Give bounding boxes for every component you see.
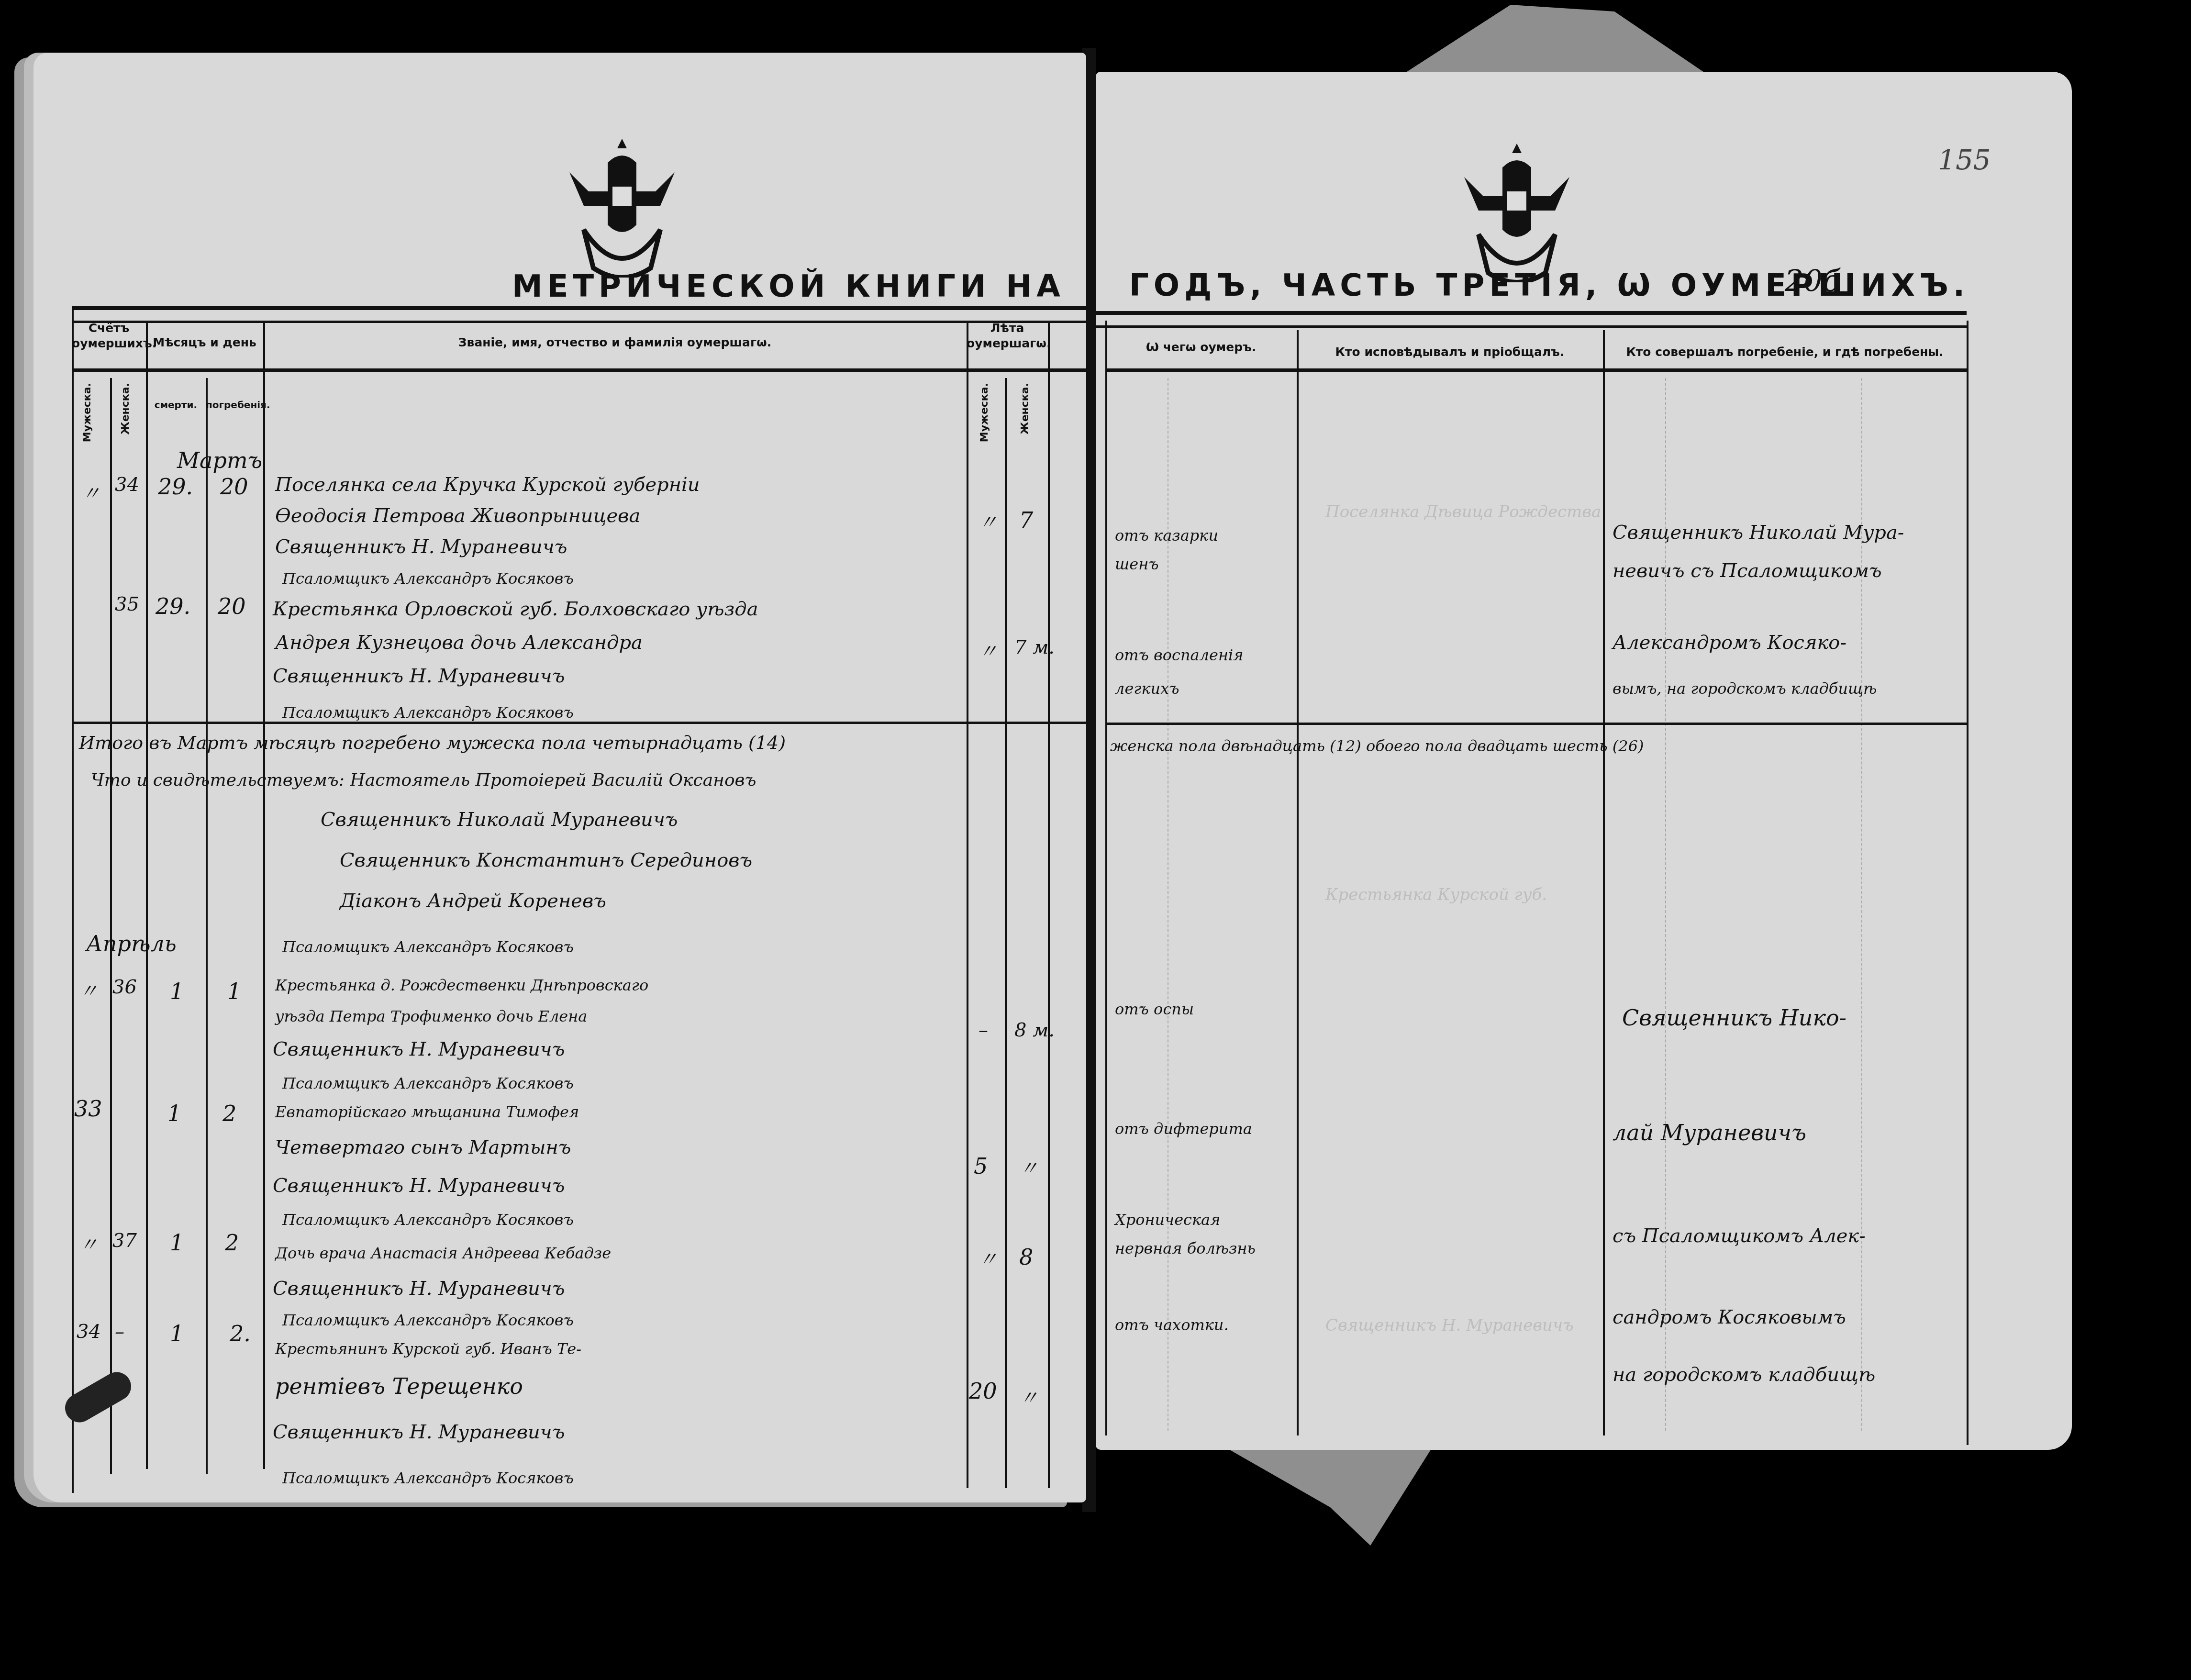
witness-intro: Что и свидѣтельствуемъ: Настоятель Прото… [91, 770, 756, 790]
col-divider [1603, 330, 1605, 1435]
header-bottom-rule [72, 368, 1096, 372]
right-page: 155 ГОДЪ, ЧАСТЬ ТРЕТІЯ, Ѡ ОУМЕРШИХЪ. 20б… [1096, 72, 2072, 1450]
age-male: 〃 [979, 507, 998, 534]
burial-place: на городскомъ кладбищѣ [1613, 1364, 1875, 1386]
signature-line: Священникъ Н. Мураневичъ [273, 1421, 565, 1443]
march-total: Итого въ Мартъ мѣсяцѣ погребено мужеска … [79, 732, 786, 753]
entry-name-line: Дочь врача Анастасія Андреева Кебадзе [275, 1244, 611, 1262]
entry-name-line: Крестьянинъ Курской губ. Иванъ Те- [275, 1340, 581, 1358]
month-march: Мартъ [177, 447, 262, 473]
cause-of-death: отъ дифтерита [1115, 1120, 1252, 1138]
signature-line: Священникъ Н. Мураневичъ [273, 665, 565, 687]
bleed-through-text: Крестьянка Курской губ. [1325, 885, 1547, 904]
table-border-right [1967, 321, 1969, 1445]
signature-line: Священникъ Н. Мураневичъ [275, 536, 567, 558]
burial-day: 2 [225, 1230, 239, 1256]
header-burial-by: Кто совершалъ погребеніе, и гдѣ погребен… [1603, 345, 1967, 360]
col-divider [1005, 378, 1007, 1488]
signature-line: Псаломщикъ Александръ Косяковъ [282, 1211, 574, 1229]
month-april: Апрѣль [86, 931, 177, 957]
bleed-through-text: Поселянка Дѣвица Рождества [1325, 502, 1601, 522]
entry-name-line: Четвертаго сынъ Мартынъ [275, 1136, 571, 1158]
header-burial: погребенія. [206, 397, 263, 412]
signature-line: Священникъ Н. Мураневичъ [273, 1038, 565, 1060]
burial-by: Священникъ Николай Мура- [1613, 522, 1904, 544]
imperial-eagle-emblem-icon [565, 134, 679, 278]
left-page: МЕТРИЧЕСКОЙ КНИГИ НА Счётъ оумершихъ. Мѣ… [33, 53, 1086, 1502]
cause-of-death: легкихъ [1115, 679, 1179, 698]
entry-name-line: Андрея Кузнецова дочь Александра [275, 632, 643, 654]
death-day: 29. [156, 593, 190, 619]
signature-priest: Священникъ Николай Мураневичъ [321, 809, 678, 831]
col-divider [1105, 321, 1107, 1435]
signature-line: Псаломщикъ Александръ Косяковъ [282, 569, 574, 588]
count-female: 36 [112, 976, 137, 998]
col-divider [263, 321, 265, 1469]
entry-name-line: Ѳеодосія Петрова Живопрыницева [275, 505, 640, 527]
signature-line: Псаломщикъ Александръ Косяковъ [282, 1311, 574, 1329]
torn-paper-edge [1230, 1450, 1431, 1546]
death-day: 1 [170, 1230, 184, 1256]
age-male: – [979, 1019, 988, 1041]
entry-name-line: Крестьянка Орловской губ. Болховскаго уѣ… [273, 598, 758, 620]
page-number: 155 [1938, 144, 1991, 176]
cause-of-death: шенъ [1115, 555, 1159, 573]
signature-line: Священникъ Н. Мураневичъ [273, 1175, 565, 1197]
table-border-left [72, 306, 74, 1493]
count-male: 〃 [81, 478, 100, 506]
cause-of-death: отъ казарки [1115, 526, 1218, 545]
imperial-eagle-emblem-icon [1459, 139, 1574, 282]
count-female: 37 [112, 1230, 137, 1252]
header-month-day: Мѣсяцъ и день [146, 335, 263, 350]
count-female: – [115, 1321, 124, 1343]
right-page-title: ГОДЪ, ЧАСТЬ ТРЕТІЯ, Ѡ ОУМЕРШИХЪ. [1129, 268, 1969, 303]
entry-separator [1105, 723, 1967, 725]
header-bottom-rule [1105, 368, 1967, 372]
count-female: 34 [115, 474, 139, 496]
count-male: 33 [74, 1096, 102, 1122]
count-male: 34 [77, 1321, 101, 1343]
entry-name-line: уѣзда Петра Трофименко дочь Елена [275, 1007, 587, 1025]
entry-name-line: Евпаторійскаго мѣщанина Тимофея [275, 1103, 579, 1121]
col-divider [206, 378, 208, 1474]
header-age-female: Женска. [1019, 383, 1031, 434]
burial-by: сандромъ Косяковымъ [1613, 1306, 1846, 1328]
burial-day: 20 [218, 593, 246, 619]
col-divider [1048, 321, 1050, 1488]
age-female: 〃 [1019, 1383, 1038, 1410]
burial-day: 20 [220, 474, 248, 500]
header-age-male: Мужеска. [979, 383, 990, 442]
entry-separator [72, 722, 1096, 724]
march-total-right: женска пола двѣнадцать (12) обоего пола … [1110, 737, 1644, 755]
burial-by: невичъ съ Псаломщикомъ [1613, 560, 1882, 582]
burial-day: 2 [222, 1101, 236, 1126]
cause-of-death: отъ чахотки. [1115, 1316, 1229, 1334]
signature-line: Псаломщикъ Александръ Косяковъ [282, 703, 574, 722]
death-day: 1 [170, 1321, 184, 1346]
count-male: 〃 [79, 1230, 98, 1257]
age-male: 5 [974, 1153, 988, 1179]
death-day: 29. [158, 474, 193, 500]
age-female: 7 [1019, 507, 1033, 533]
burial-day: 2. [230, 1321, 251, 1346]
signature-priest-2: Священникъ Константинъ Серединовъ [340, 849, 752, 871]
burial-place: вымъ, на городскомъ кладбищѣ [1613, 679, 1877, 698]
burial-day: 1 [227, 979, 241, 1004]
cause-of-death: отъ оспы [1115, 1000, 1194, 1018]
age-female: 8 [1019, 1244, 1033, 1270]
death-day: 1 [170, 979, 184, 1004]
age-female: 8 м. [1014, 1019, 1055, 1041]
entry-name-line: Крестьянка д. Рождественки Днѣпровскаго [275, 976, 648, 994]
torn-paper-edge [1407, 5, 1703, 72]
count-male: 〃 [79, 976, 98, 1003]
age-male: 〃 [979, 1244, 998, 1271]
cause-of-death: Хроническая [1115, 1211, 1220, 1229]
burial-by: съ Псаломщикомъ Алек- [1613, 1225, 1866, 1247]
signature-line: Священникъ Н. Мураневичъ [273, 1278, 565, 1300]
col-divider [967, 321, 968, 1488]
age-female: 7 м. [1014, 636, 1055, 658]
entry-name-line: Поселянка села Кручка Курской губерніи [275, 474, 700, 496]
burial-by: Священникъ Нико- [1622, 1005, 1846, 1031]
age-male: 20 [969, 1378, 997, 1404]
age-female: 〃 [1019, 1153, 1038, 1180]
header-count: Счётъ оумершихъ. [72, 321, 146, 351]
header-count-male: Мужеска. [81, 383, 93, 442]
age-male: 〃 [979, 636, 998, 664]
header-top-rule [72, 306, 1120, 323]
header-death: смерти. [146, 397, 206, 412]
death-day: 1 [167, 1101, 181, 1126]
header-age: Лѣта оумершагω. [967, 321, 1048, 351]
col-divider [110, 378, 112, 1474]
header-count-female: Женска. [120, 383, 132, 434]
header-name: Званіе, имя, отчество и фамилія оумершаг… [263, 335, 967, 350]
signature-line: Псаломщикъ Александръ Косяковъ [282, 938, 574, 956]
year-mark: 20б [1785, 263, 1841, 298]
cause-of-death: отъ воспаленія [1115, 646, 1243, 664]
signature-line: Псаломщикъ Александръ Косяковъ [282, 1074, 574, 1092]
col-divider [1297, 330, 1299, 1435]
header-confessor: Кто исповѣдывалъ и пріобщалъ. [1297, 345, 1603, 360]
header-cause: Ѡ чегω оумеръ. [1105, 340, 1297, 355]
signature-deacon: Діаконъ Андрей Кореневъ [340, 890, 606, 912]
left-page-title: МЕТРИЧЕСКОЙ КНИГИ НА [512, 269, 1065, 304]
count-female: 35 [115, 593, 139, 615]
cause-of-death: нервная болѣзнь [1115, 1239, 1256, 1257]
header-top-rule [1096, 311, 1967, 328]
signature-line: Псаломщикъ Александръ Косяковъ [282, 1469, 574, 1487]
burial-by: лай Мураневичъ [1613, 1120, 1806, 1146]
bleed-through-text: Священникъ Н. Мураневичъ [1325, 1316, 1574, 1335]
col-divider [146, 321, 148, 1469]
burial-place: Александромъ Косяко- [1613, 632, 1846, 654]
entry-name-line: рентіевъ Терещенко [275, 1373, 523, 1399]
